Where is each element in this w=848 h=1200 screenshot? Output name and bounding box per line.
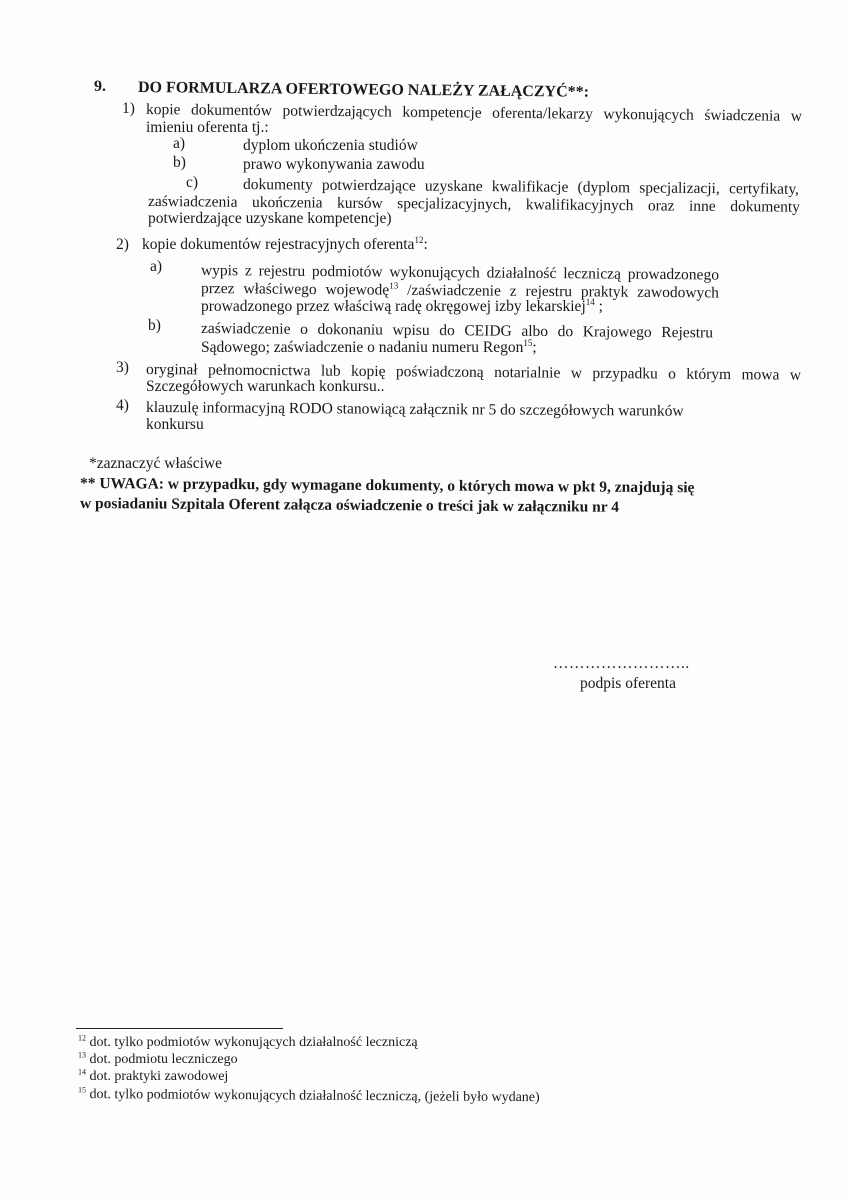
signature-label: podpis oferenta xyxy=(580,675,676,693)
document-page: 9. DO FORMULARZA OFERTOWEGO NALEŻY ZAŁĄC… xyxy=(0,0,848,1200)
footnote-13: 13 dot. podmiotu leczniczego xyxy=(78,1052,238,1068)
item-3-marker: 3) xyxy=(116,359,129,377)
item-1a-marker: a) xyxy=(173,135,185,153)
item-2a-marker: a) xyxy=(150,258,162,276)
item-4-marker: 4) xyxy=(116,397,129,415)
item-4-line1: klauzulę informacyjną RODO stanowiącą za… xyxy=(146,399,684,421)
item-2-text: kopie dokumentów rejestracyjnych oferent… xyxy=(142,236,428,254)
footnote-15: 15 dot. tylko podmiotów wykonujących dzi… xyxy=(78,1087,540,1106)
footnote-12: 12 dot. tylko podmiotów wykonujących dzi… xyxy=(78,1035,418,1051)
item-2b-line2: Sądowego; zaświadczenie o nadaniu numeru… xyxy=(201,339,537,357)
item-3-line2: Szczegółowych warunkach konkursu.. xyxy=(146,378,384,396)
footnote-separator xyxy=(76,1028,283,1029)
footnote-ref-14: 14 xyxy=(586,297,595,307)
footnote-14: 14 dot. praktyki zawodowej xyxy=(78,1069,228,1085)
item-2a-line3: prowadzonego przez właściwą radę okręgow… xyxy=(201,298,603,316)
item-1b-text: prawo wykonywania zawodu xyxy=(243,156,425,174)
footnote-ref-13: 13 xyxy=(389,280,398,290)
signature-line: …………………….. xyxy=(553,655,690,673)
warning-line-2: w posiadaniu Szpitala Oferent załącza oś… xyxy=(80,495,619,517)
section-title: DO FORMULARZA OFERTOWEGO NALEŻY ZAŁĄCZYĆ… xyxy=(138,79,589,102)
item-1c-marker: c) xyxy=(186,174,198,192)
item-1-line2: imieniu oferenta tj.: xyxy=(146,119,269,137)
item-1-marker: 1) xyxy=(122,100,135,118)
item-2-marker: 2) xyxy=(116,236,129,254)
item-4-line2: konkursu xyxy=(146,416,204,434)
item-1b-marker: b) xyxy=(173,154,186,172)
section-number: 9. xyxy=(94,78,106,96)
warning-line-1: ** UWAGA: w przypadku, gdy wymagane doku… xyxy=(80,475,695,497)
item-1c-line3: potwierdzające uzyskane kompetencje) xyxy=(148,210,392,228)
item-1a-text: dyplom ukończenia studiów xyxy=(243,137,418,155)
mark-note: *zaznaczyć właściwe xyxy=(89,455,222,473)
item-2b-marker: b) xyxy=(148,317,161,335)
